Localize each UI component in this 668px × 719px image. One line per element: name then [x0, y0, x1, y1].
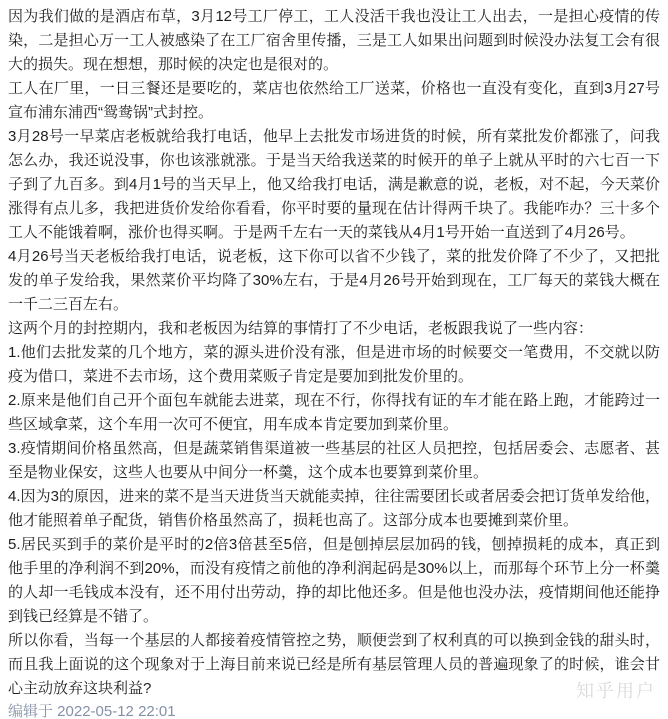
paragraph-price-drop: 4月26号当天老板给我打电话，说老板，这下你可以省不少钱了，菜的批发价降了不少了…: [8, 245, 660, 317]
answer-page: 因为我们做的是酒店布草，3月12号工厂停工，工人没活干我也没让工人出去，一是担心…: [0, 0, 668, 719]
edit-timestamp: 编辑于 2022-05-12 22:01: [8, 701, 176, 719]
list-item-5: 5.居民买到手的菜价是平时的2倍3倍甚至5倍，但是刨掉层层加码的钱，刨掉损耗的成…: [8, 533, 660, 629]
list-item-4: 4.因为3的原因，进来的菜不是当天进货当天就能卖掉，往往需要团长或者居委会把订货…: [8, 485, 660, 533]
list-item-1: 1.他们去批发菜的几个地方，菜的源头进价没有涨，但是进市场的时候要交一笔费用，不…: [8, 341, 660, 389]
list-item-3: 3.疫情期间价格虽然高，但是蔬菜销售渠道被一些基层的社区人员把控，包括居委会、志…: [8, 437, 660, 485]
paragraph-price-rise: 3月28号一早菜店老板就给我打电话，他早上去批发市场进货的时候，所有菜批发价都涨…: [8, 125, 660, 245]
answer-content: 因为我们做的是酒店布草，3月12号工厂停工，工人没活干我也没让工人出去，一是担心…: [0, 0, 668, 701]
paragraph-intro: 因为我们做的是酒店布草，3月12号工厂停工，工人没活干我也没让工人出去，一是担心…: [8, 5, 660, 77]
paragraph-meals: 工人在厂里，一日三餐还是要吃的，菜店也依然给工厂送菜，价格也一直没有变化，直到3…: [8, 77, 660, 125]
paragraph-lockdown-summary: 这两个月的封控期内，我和老板因为结算的事情打了不少电话，老板跟我说了一些内容：: [8, 317, 660, 341]
paragraph-conclusion: 所以你看，当每一个基层的人都接着疫情管控之势，顺便尝到了权利真的可以换到金钱的甜…: [8, 629, 660, 701]
list-item-2: 2.原来是他们自己开个面包车就能去进菜，现在不行，你得找有证的车才能在路上跑，才…: [8, 389, 660, 437]
